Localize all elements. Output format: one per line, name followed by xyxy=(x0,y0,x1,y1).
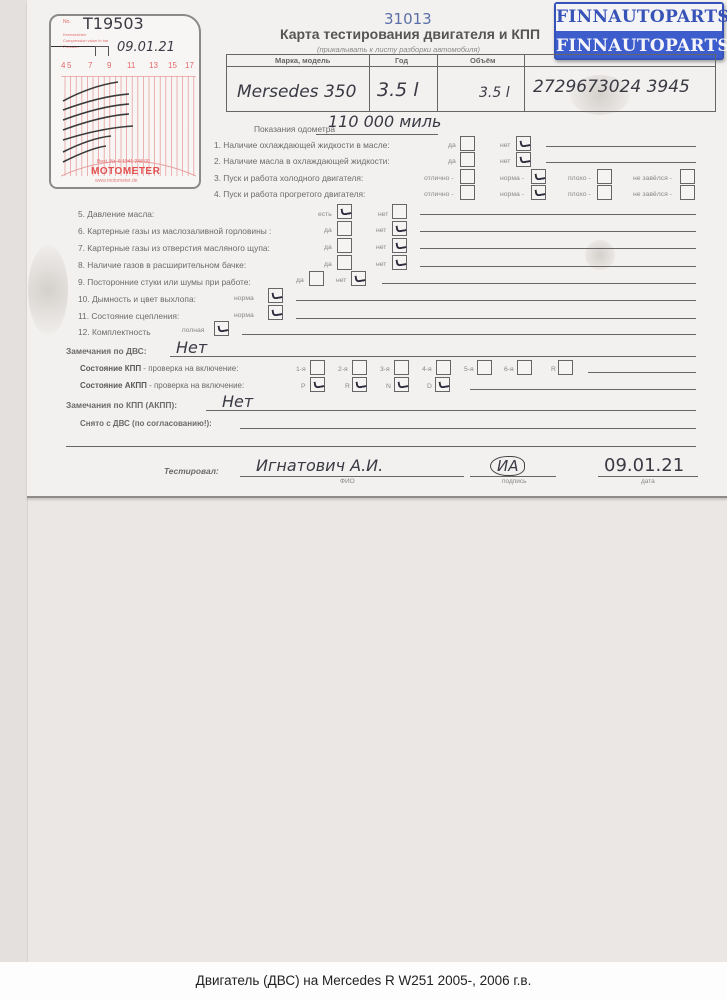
engine-number-value: 2729673024 3945 xyxy=(533,77,690,97)
form-title: Карта тестирования двигателя и КПП xyxy=(280,26,540,42)
item-5-label: 5. Давление масла: xyxy=(78,209,154,219)
item-9-no-checkbox[interactable] xyxy=(351,271,366,286)
engine-remarks-label: Замечания по ДВС: xyxy=(66,346,147,356)
gear-n-checkbox[interactable] xyxy=(394,377,409,392)
auto-gearbox-label: Состояние АКПП xyxy=(80,381,147,390)
item-1-yes-checkbox[interactable] xyxy=(460,136,475,151)
item-4-not-started-checkbox[interactable] xyxy=(680,185,695,200)
card-website: www.motometer.de xyxy=(95,178,138,184)
item-1-label: 1. Наличие охлаждающей жидкости в масле: xyxy=(214,140,390,150)
compression-test-card: No. T19503 Kennzeichen Compression value… xyxy=(49,14,201,189)
card-date: 09.01.21 xyxy=(117,40,175,55)
card-line: Compression value in bar xyxy=(63,38,108,43)
item-4-normal-checkbox[interactable] xyxy=(531,185,546,200)
item-8-no-checkbox[interactable] xyxy=(392,255,407,270)
gear-4-checkbox[interactable] xyxy=(436,360,451,375)
image-caption: Двигатель (ДВС) на Mercedes R W251 2005-… xyxy=(0,962,727,1000)
item-7-no-checkbox[interactable] xyxy=(392,238,407,253)
item-3-not-started-checkbox[interactable] xyxy=(680,169,695,184)
item-12-complete-checkbox[interactable] xyxy=(214,321,229,336)
item-1-no-checkbox[interactable] xyxy=(516,136,531,151)
gear-2-checkbox[interactable] xyxy=(352,360,367,375)
gear-d-checkbox[interactable] xyxy=(435,377,450,392)
item-7-yes-checkbox[interactable] xyxy=(337,238,352,253)
gear-6-checkbox[interactable] xyxy=(517,360,532,375)
tester-signature: ИА xyxy=(490,456,525,476)
make-model-value: Mersedes 350 xyxy=(237,82,356,102)
gear-5-checkbox[interactable] xyxy=(477,360,492,375)
item-3-excellent-checkbox[interactable] xyxy=(460,169,475,184)
smudge xyxy=(28,245,68,335)
motometer-logo: MOTOMETER xyxy=(91,166,160,177)
test-date: 09.01.21 xyxy=(604,455,684,476)
gear-1-checkbox[interactable] xyxy=(310,360,325,375)
item-6-yes-checkbox[interactable] xyxy=(337,221,352,236)
item-5-no-checkbox[interactable] xyxy=(392,204,407,219)
header-year: Год xyxy=(395,56,408,65)
form-subtitle: (прикалывать к листу разборки автомобиля… xyxy=(317,45,480,54)
gearbox-remarks-value: Нет xyxy=(222,392,253,411)
header-volume: Объём xyxy=(470,56,496,65)
manual-gearbox-label: Состояние КПП xyxy=(80,364,141,373)
item-2-label: 2. Наличие масла в охлаждающей жидкости: xyxy=(214,156,390,166)
card-line: Kennzeichen xyxy=(63,32,86,37)
card-rule xyxy=(49,46,99,47)
card-number-label: No. xyxy=(63,20,71,25)
item-3-label: 3. Пуск и работа холодного двигателя: xyxy=(214,173,363,183)
item-4-label: 4. Пуск и работа прогретого двигателя: xyxy=(214,189,365,199)
gear-r-checkbox[interactable] xyxy=(558,360,573,375)
item-3-normal-checkbox[interactable] xyxy=(531,169,546,184)
item-4-excellent-checkbox[interactable] xyxy=(460,185,475,200)
header-make-model: Марка, модель xyxy=(275,56,330,65)
item-7-label: 7. Картерные газы из отверстия масляного… xyxy=(78,243,270,253)
tester-name: Игнатович А.И. xyxy=(256,456,383,475)
gearbox-remarks-label: Замечания по КПП (АКПП): xyxy=(66,400,177,410)
item-10-normal-checkbox[interactable] xyxy=(268,288,283,303)
odometer-label: Показания одометра xyxy=(254,124,335,134)
engine-remarks-value: Нет xyxy=(176,338,207,357)
item-8-label: 8. Наличие газов в расширительном бачке: xyxy=(78,260,246,270)
item-11-label: 11. Состояние сцепления: xyxy=(78,311,179,321)
item-4-bad-checkbox[interactable] xyxy=(597,185,612,200)
watermark-line1: FINNAUTOPARTS xyxy=(556,4,722,31)
item-10-label: 10. Дымность и цвет выхлопа: xyxy=(78,294,196,304)
item-11-normal-checkbox[interactable] xyxy=(268,305,283,320)
gear-3-checkbox[interactable] xyxy=(394,360,409,375)
volume-value: 3.5 l xyxy=(479,85,510,101)
item-8-yes-checkbox[interactable] xyxy=(337,255,352,270)
gear-r-auto-checkbox[interactable] xyxy=(352,377,367,392)
item-5-yes-checkbox[interactable] xyxy=(337,204,352,219)
item-12-label: 12. Комплектность xyxy=(78,327,151,337)
item-9-yes-checkbox[interactable] xyxy=(309,271,324,286)
item-2-no-checkbox[interactable] xyxy=(516,152,531,167)
item-3-bad-checkbox[interactable] xyxy=(597,169,612,184)
item-6-label: 6. Картерные газы из маслозаливной горло… xyxy=(78,226,271,236)
year-value: 3.5 l xyxy=(377,79,419,101)
vehicle-table: Марка, модель Год Объём Mersedes 350 3.5… xyxy=(226,54,716,112)
item-6-no-checkbox[interactable] xyxy=(392,221,407,236)
gear-p-checkbox[interactable] xyxy=(310,377,325,392)
card-notch xyxy=(95,46,109,56)
odometer-value: 110 000 миль xyxy=(328,112,441,131)
item-9-label: 9. Посторонние стуки или шумы при работе… xyxy=(78,277,251,287)
finnautoparts-watermark: FINNAUTOPARTS FINNAUTOPARTS xyxy=(554,2,724,60)
removed-items-label: Снято с ДВС (по согласованию!): xyxy=(80,419,212,428)
item-2-yes-checkbox[interactable] xyxy=(460,152,475,167)
scan-edge xyxy=(0,0,28,962)
tested-by-label: Тестировал: xyxy=(164,466,219,476)
card-ref: Best.-Nr. 6 1341 248 00 xyxy=(97,160,150,165)
card-number: T19503 xyxy=(83,14,144,33)
